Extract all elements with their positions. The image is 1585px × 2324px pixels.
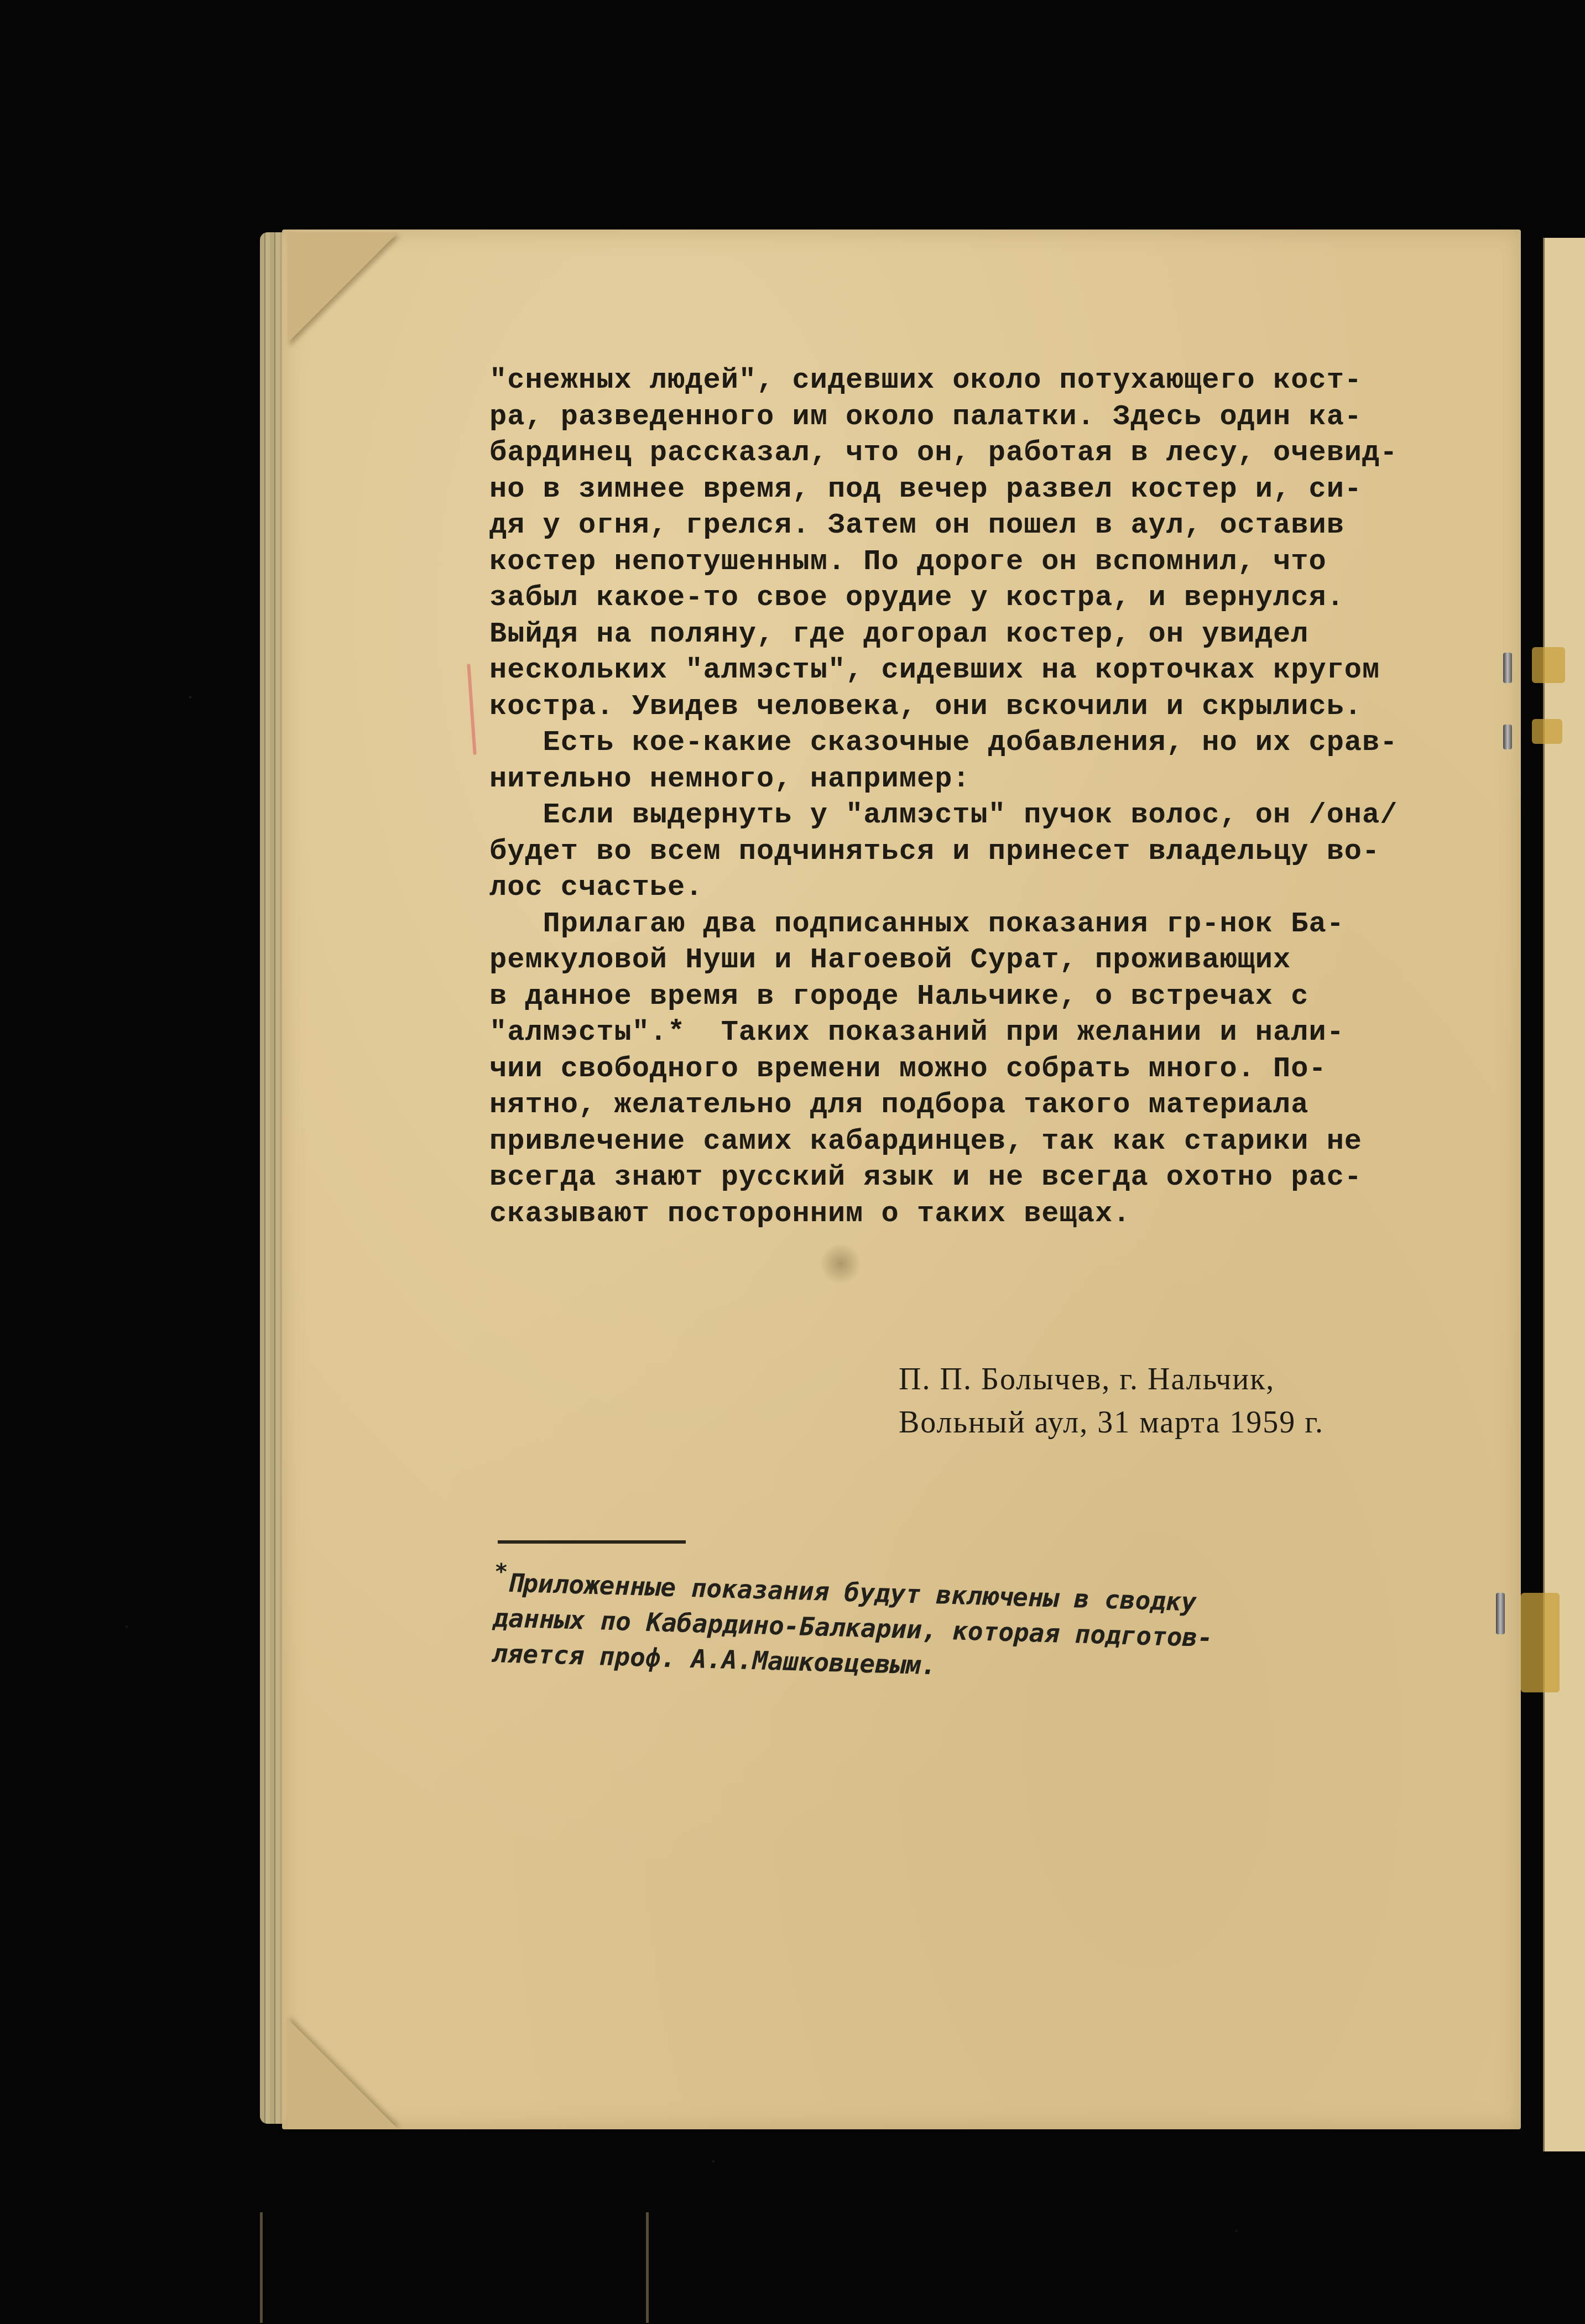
staple-icon [1496, 1593, 1505, 1634]
binding-tape [1532, 647, 1565, 683]
text-line: костра. Увидев человека, они вскочили и … [489, 689, 1452, 725]
text-line: будет во всем подчиняться и принесет вла… [489, 833, 1452, 870]
scanner-stripe [260, 2212, 263, 2323]
binding-tape [1521, 1593, 1560, 1692]
folded-corner-top [288, 232, 398, 343]
text-line: привлечение самих кабардинцев, так как с… [489, 1123, 1452, 1160]
text-line: бардинец рассказал, что он, работая в ле… [489, 435, 1452, 471]
text-line: лос счастье. [489, 869, 1452, 906]
text-line: Есть кое-какие сказочные добавления, но … [489, 725, 1452, 761]
text-line: но в зимнее время, под вечер развел кост… [489, 471, 1452, 508]
text-line: нескольких "алмэсты", сидевших на корточ… [489, 652, 1452, 689]
text-line: "алмэсты".* Таких показаний при желании … [489, 1014, 1452, 1051]
folded-corner-bottom [288, 2019, 398, 2129]
body-text: "снежных людей", сидевших около потухающ… [489, 362, 1452, 1232]
text-line: Прилагаю два подписанных показания гр-но… [489, 906, 1452, 942]
text-line: дя у огня, грелся. Затем он пошел в аул,… [489, 507, 1452, 544]
text-line: сказывают посторонним о таких вещах. [489, 1196, 1452, 1232]
scanner-stripe [646, 2212, 649, 2323]
text-line: чии свободного времени можно собрать мно… [489, 1051, 1452, 1087]
text-line: "снежных людей", сидевших около потухающ… [489, 362, 1452, 399]
signature-block: П. П. Болычев, г. Нальчик, Вольный аул, … [899, 1358, 1324, 1444]
text-line: Выйдя на поляну, где догорал костер, он … [489, 616, 1452, 653]
binding-tape [1532, 719, 1562, 744]
footnote-divider [498, 1540, 686, 1544]
footnote-marker: * [494, 1559, 508, 1585]
text-line: нятно, желательно для подбора такого мат… [489, 1087, 1452, 1123]
facing-page-edge [1543, 238, 1585, 2151]
footnote: *Приложенные показания будут включены в … [492, 1554, 1357, 1695]
paper-stain [818, 1244, 863, 1283]
staple-icon [1503, 653, 1512, 683]
text-line: ра, разведенного им около палатки. Здесь… [489, 399, 1452, 435]
signature-date: Вольный аул, 31 марта 1959 г. [899, 1401, 1324, 1444]
text-line: в данное время в городе Нальчике, о встр… [489, 978, 1452, 1015]
text-line: всегда знают русский язык и не всегда ох… [489, 1159, 1452, 1196]
text-line: забыл какое-то свое орудие у костра, и в… [489, 580, 1452, 616]
text-line: костер непотушенным. По дороге он вспомн… [489, 544, 1452, 580]
staple-icon [1503, 725, 1512, 749]
text-line: Если выдернуть у "алмэсты" пучок волос, … [489, 797, 1452, 833]
signature-author: П. П. Болычев, г. Нальчик, [899, 1358, 1324, 1401]
text-line: ремкуловой Нуши и Нагоевой Сурат, прожив… [489, 942, 1452, 978]
text-line: нительно немного, например: [489, 761, 1452, 798]
